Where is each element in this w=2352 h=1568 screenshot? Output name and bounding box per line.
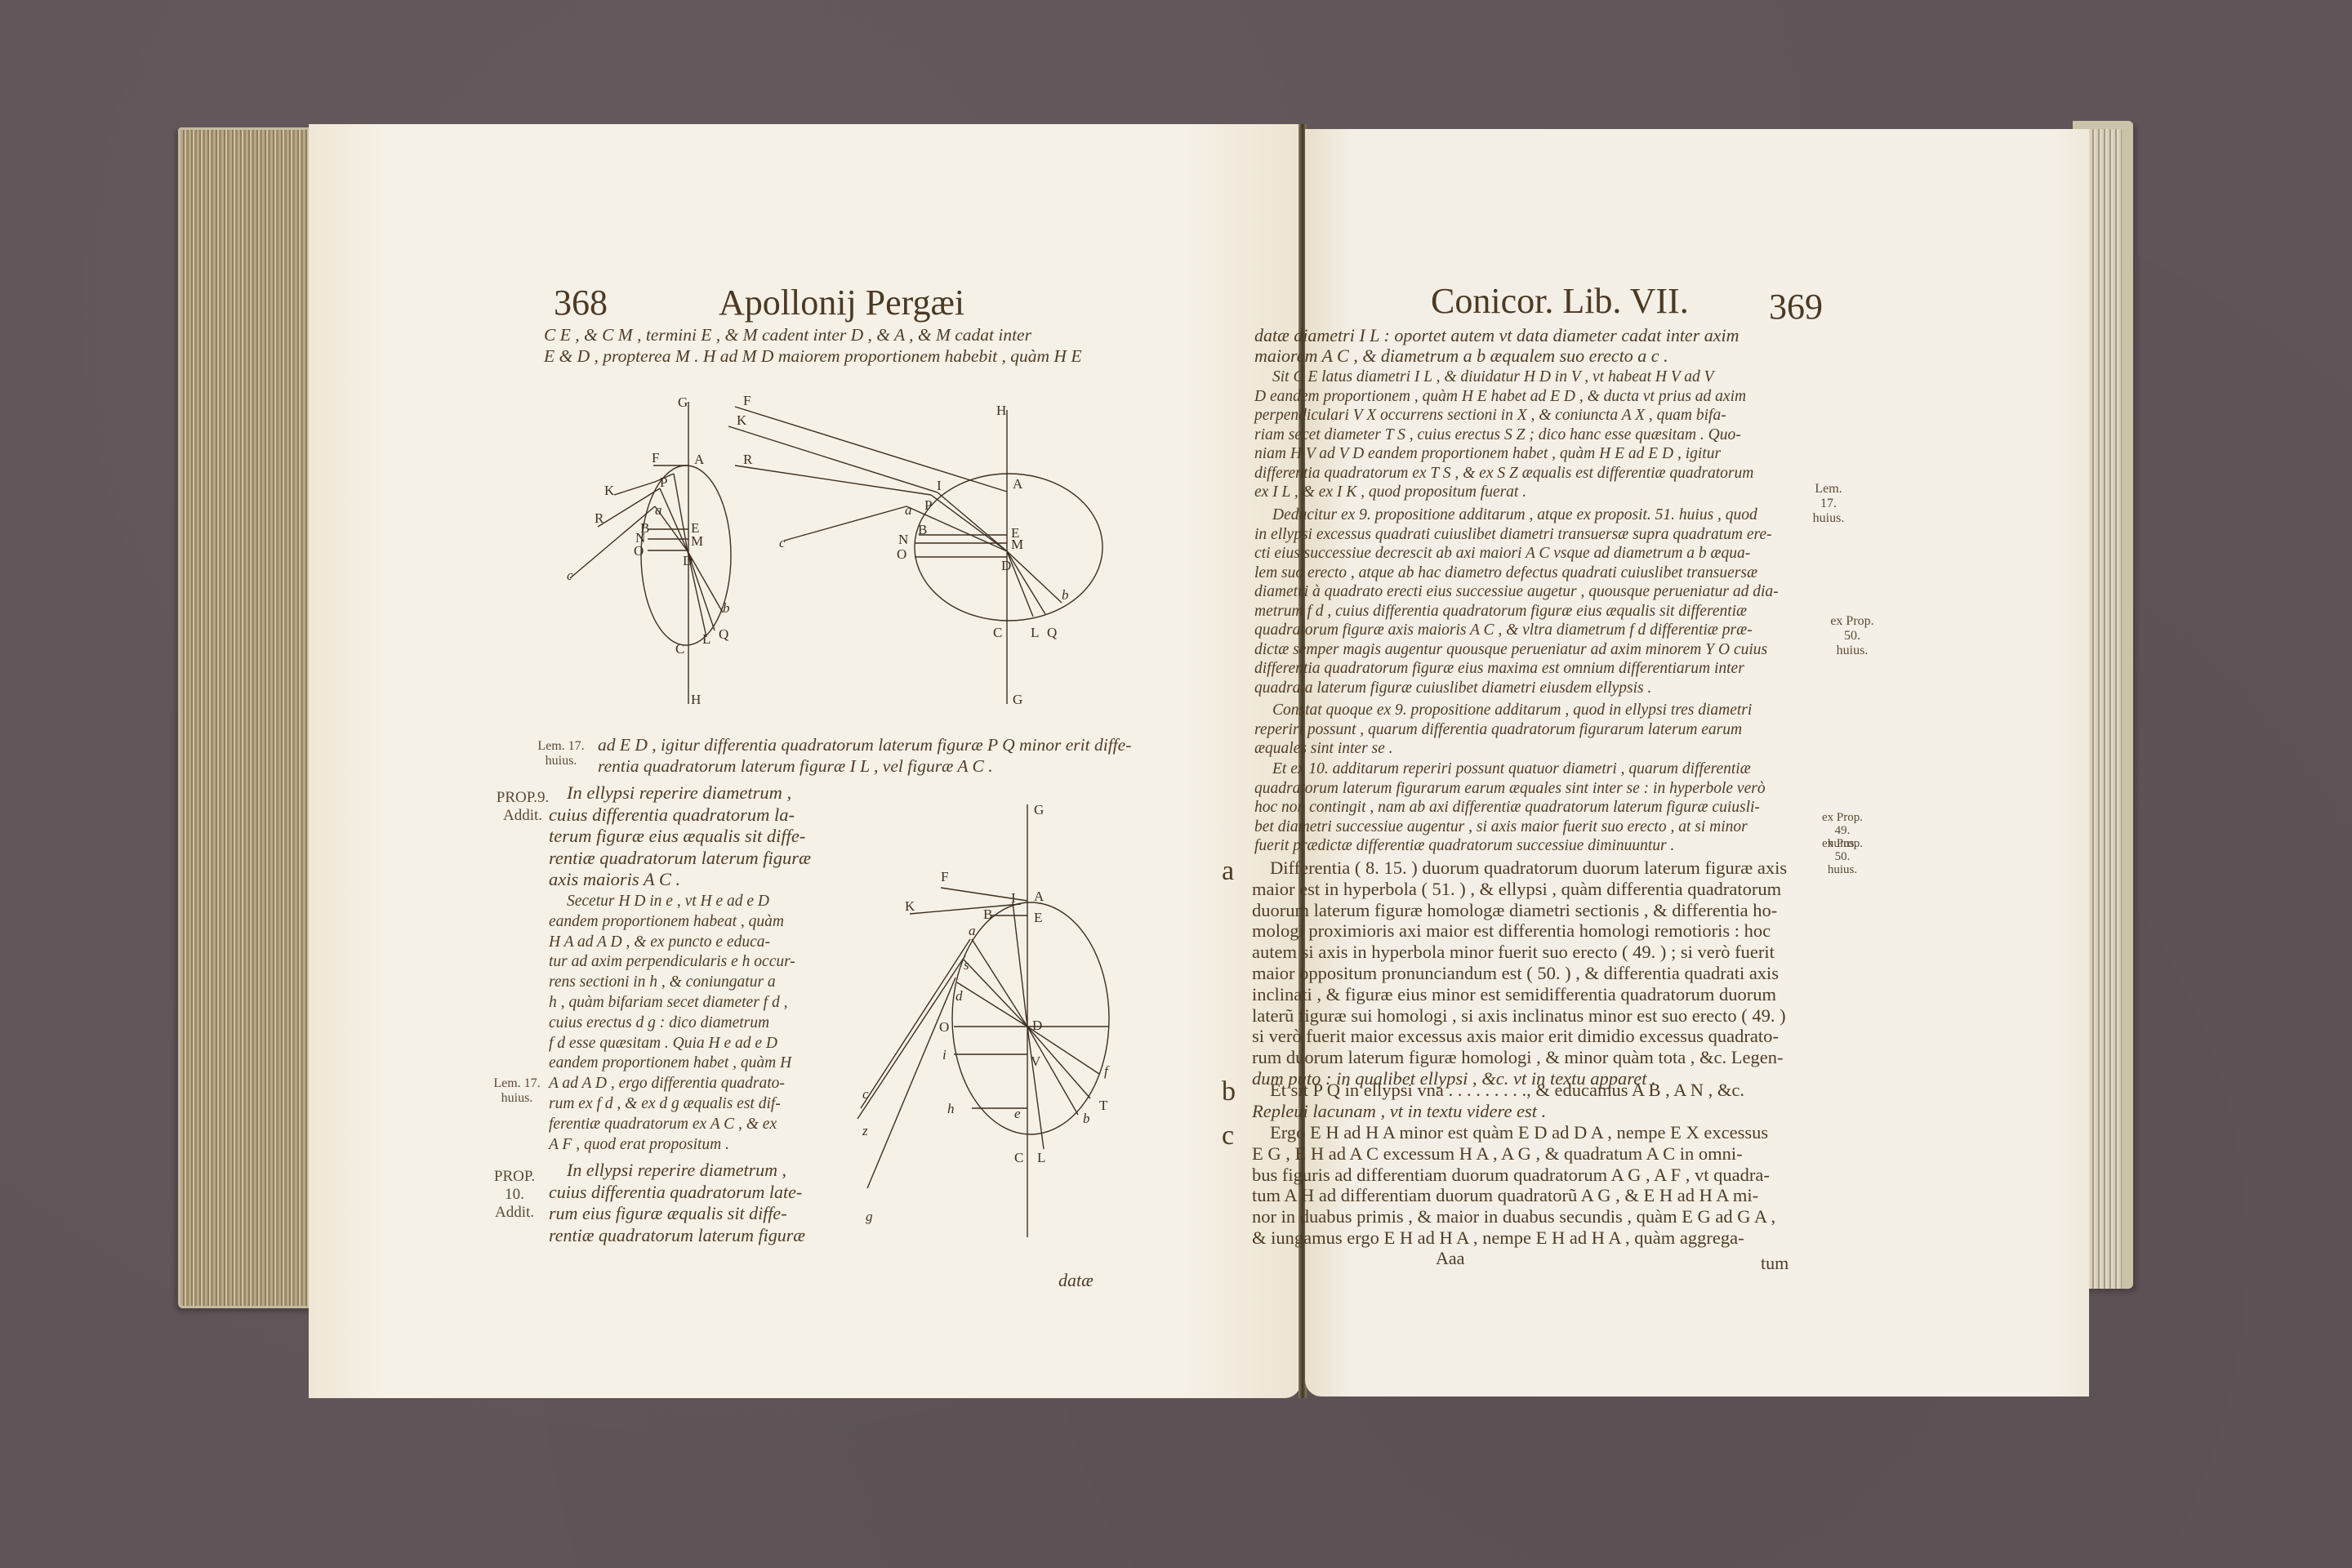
proposition-9: In ellypsi reperire diametrum , cuius di… bbox=[549, 782, 835, 891]
svg-text:H: H bbox=[996, 403, 1006, 418]
signature-mark: Aaa bbox=[1436, 1248, 1464, 1269]
text-line: eandem proportionem habeat , quàm bbox=[549, 912, 835, 933]
text-line: Et ex 10. additarum reperiri possunt qua… bbox=[1254, 759, 1826, 779]
margin-note-prop10: PROP. 10. Addit. bbox=[490, 1168, 539, 1222]
proposition-9-proof: Secetur H D in e , vt H e ad e D eandem … bbox=[549, 892, 835, 1155]
svg-text:a: a bbox=[969, 923, 976, 938]
margin-note-lem17-right: Lem. 17. huius. bbox=[1808, 482, 1849, 526]
svg-text:A: A bbox=[1034, 889, 1045, 904]
svg-text:s: s bbox=[964, 957, 969, 973]
left-after-figure-text: ad E D , igitur differentia quadratorum … bbox=[598, 735, 1161, 777]
svg-text:g: g bbox=[866, 1209, 873, 1224]
text-line: H A ad A D , & ex puncto e educa- bbox=[549, 933, 835, 953]
svg-text:L: L bbox=[1037, 1150, 1045, 1165]
text-line: Et sit P Q in ellypsi vna . . . . . . . … bbox=[1252, 1080, 1840, 1101]
text-line: cuius differentia quadratorum late- bbox=[549, 1182, 835, 1204]
margin-note-lem17: Lem. 17. huius. bbox=[529, 739, 593, 768]
note-letter-a: a bbox=[1222, 856, 1234, 887]
svg-text:E: E bbox=[1034, 910, 1042, 925]
svg-text:P: P bbox=[660, 474, 667, 490]
svg-text:Q: Q bbox=[1047, 625, 1057, 640]
right-page-number: 369 bbox=[1769, 286, 1823, 327]
text-line: Differentia ( 8. 15. ) duorum quadratoru… bbox=[1252, 857, 1840, 879]
text-line: reperiri possunt , quarum differentia qu… bbox=[1254, 720, 1826, 740]
right-paragraph-1: Sit C E latus diametri I L , & diuidatur… bbox=[1254, 367, 1826, 502]
text-line: Ergo E H ad H A minor est quàm E D ad D … bbox=[1252, 1122, 1840, 1143]
svg-text:z: z bbox=[862, 1123, 868, 1138]
right-paragraph-3: Constat quoque ex 9. propositione addita… bbox=[1254, 701, 1826, 759]
margin-note-prop50-b: ex Prop. 50. huius. bbox=[1821, 837, 1864, 876]
svg-text:Q: Q bbox=[719, 626, 728, 642]
svg-text:R: R bbox=[595, 510, 604, 526]
text-line: cuius erectus d g : dico diametrum bbox=[549, 1013, 835, 1034]
svg-text:c: c bbox=[567, 568, 573, 583]
note-c-text: Ergo E H ad H A minor est quàm E D ad D … bbox=[1252, 1122, 1840, 1249]
svg-text:T: T bbox=[1099, 1098, 1108, 1113]
svg-text:D: D bbox=[683, 553, 693, 568]
right-intro-text: datæ diametri I L : oportet autem vt dat… bbox=[1254, 325, 1826, 366]
text-line: rentiæ quadratorum laterum figuræ bbox=[549, 848, 835, 870]
ellipse-diagram-bottom: GFI AKB Eas dDO iVf chT ebz CLg bbox=[841, 796, 1168, 1237]
text-line: ferentiæ quadratorum ex A C , & ex bbox=[549, 1115, 835, 1135]
svg-text:L: L bbox=[1031, 625, 1039, 640]
text-line: si verò fuerit maior excessus axis maior… bbox=[1252, 1026, 1840, 1047]
text-line: ex I L , & ex I K , quod propositum fuer… bbox=[1254, 483, 1826, 502]
text-line: Sit C E latus diametri I L , & diuidatur… bbox=[1254, 367, 1826, 387]
text-line: A ad A D , ergo differentia quadrato- bbox=[549, 1074, 835, 1094]
text-line: in ellypsi excessus quadrati cuiuslibet … bbox=[1254, 525, 1826, 545]
svg-text:D: D bbox=[1001, 558, 1011, 573]
svg-text:b: b bbox=[1083, 1111, 1090, 1126]
svg-text:O: O bbox=[939, 1019, 949, 1035]
text-line: maior oppositum pronunciandum est ( 50. … bbox=[1252, 963, 1840, 984]
note-letter-b: b bbox=[1222, 1076, 1236, 1107]
right-running-head: Conicor. Lib. VII. bbox=[1431, 280, 1689, 322]
svg-text:a: a bbox=[905, 502, 912, 518]
svg-text:i: i bbox=[942, 1047, 947, 1062]
svg-text:F: F bbox=[743, 393, 751, 408]
text-line: æquales sint inter se . bbox=[1254, 739, 1826, 759]
svg-text:H: H bbox=[691, 692, 701, 707]
text-line: tur ad axim perpendicularis e h occur- bbox=[549, 952, 835, 973]
left-top-text: C E , & C M , termini E , & M cadent int… bbox=[544, 325, 1132, 367]
open-book bbox=[178, 121, 2236, 1526]
svg-text:O: O bbox=[634, 543, 644, 559]
text-line: bet diametri successiue augentur , si ax… bbox=[1254, 817, 1826, 837]
svg-text:A: A bbox=[694, 452, 705, 467]
text-line: duorum laterum figuræ homologæ diametri … bbox=[1252, 900, 1840, 921]
text-line: axis maioris A C . bbox=[549, 869, 835, 891]
text-line: maiorem A C , & diametrum a b æqualem su… bbox=[1254, 345, 1826, 366]
svg-text:R: R bbox=[743, 452, 753, 467]
left-running-head: Apollonij Pergæi bbox=[719, 282, 964, 323]
text-line: rens sectioni in h , & coniungatur a bbox=[549, 973, 835, 993]
note-a-text: Differentia ( 8. 15. ) duorum quadratoru… bbox=[1252, 857, 1840, 1089]
text-line: rentia quadratorum laterum figuræ I L , … bbox=[598, 756, 1161, 777]
margin-note-prop50: ex Prop. 50. huius. bbox=[1828, 614, 1877, 658]
svg-text:C: C bbox=[1014, 1150, 1023, 1165]
svg-text:B: B bbox=[918, 522, 927, 537]
proposition-10: In ellypsi reperire diametrum , cuius di… bbox=[549, 1160, 835, 1246]
text-line: rentiæ quadratorum laterum figuræ bbox=[549, 1225, 835, 1247]
text-line: differentia quadratorum figuræ eius maxi… bbox=[1254, 659, 1826, 679]
svg-text:I: I bbox=[1011, 890, 1016, 906]
margin-note-lem17-b: Lem. 17. huius. bbox=[488, 1076, 546, 1106]
text-line: quadratorum laterum figurarum earum æqua… bbox=[1254, 779, 1826, 799]
text-line: rum ex f d , & ex d g æqualis est dif- bbox=[549, 1094, 835, 1115]
svg-text:f: f bbox=[1104, 1063, 1110, 1079]
right-catchword: tum bbox=[1761, 1253, 1788, 1274]
note-b-text: Et sit P Q in ellypsi vna . . . . . . . … bbox=[1252, 1080, 1840, 1122]
left-page-block-edges bbox=[178, 127, 318, 1308]
text-line: In ellypsi reperire diametrum , bbox=[549, 1160, 835, 1182]
text-line: Deducitur ex 9. propositione additarum ,… bbox=[1254, 506, 1826, 525]
text-line: eandem proportionem habet , quàm H bbox=[549, 1053, 835, 1074]
svg-text:O: O bbox=[897, 546, 906, 562]
text-line: terum figuræ eius æqualis sit diffe- bbox=[549, 826, 835, 848]
svg-text:C: C bbox=[993, 625, 1002, 640]
svg-text:b: b bbox=[1062, 587, 1069, 603]
text-line: ad E D , igitur differentia quadratorum … bbox=[598, 735, 1161, 756]
text-line: tum A H ad differentiam duorum quadrator… bbox=[1252, 1185, 1840, 1206]
text-line: mologi proximioris axi maior est differe… bbox=[1252, 920, 1840, 942]
text-line: Constat quoque ex 9. propositione addita… bbox=[1254, 701, 1826, 720]
text-line: differentia quadratorum ex T S , & ex S … bbox=[1254, 464, 1826, 483]
svg-text:I: I bbox=[937, 478, 942, 493]
right-paragraph-4: Et ex 10. additarum reperiri possunt qua… bbox=[1254, 759, 1826, 856]
svg-text:d: d bbox=[955, 988, 963, 1004]
text-line: cuius differentia quadratorum la- bbox=[549, 804, 835, 826]
text-line: rum duorum laterum figuræ homologi , & m… bbox=[1252, 1047, 1840, 1068]
text-line: f d esse quæsitam . Quia H e ad e D bbox=[549, 1034, 835, 1054]
text-line: E G , E H ad A C excessum H A , A G , & … bbox=[1252, 1143, 1840, 1165]
text-line: fuerit prædictæ differentiæ quadratorum … bbox=[1254, 836, 1826, 856]
svg-text:c: c bbox=[862, 1086, 869, 1102]
svg-text:F: F bbox=[941, 869, 948, 884]
svg-text:G: G bbox=[1034, 802, 1044, 817]
text-line: Secetur H D in e , vt H e ad e D bbox=[549, 892, 835, 912]
svg-text:K: K bbox=[905, 898, 915, 914]
text-line: riam secet diameter T S , cuius erectus … bbox=[1254, 425, 1826, 445]
svg-text:h: h bbox=[947, 1101, 955, 1116]
text-line: rum eius figuræ æqualis sit diffe- bbox=[549, 1203, 835, 1225]
text-line: datæ diametri I L : oportet autem vt dat… bbox=[1254, 325, 1826, 345]
text-line: D eandem proportionem , quàm H E habet a… bbox=[1254, 387, 1826, 407]
text-line: maior est in hyperbola ( 51. ) , & ellyp… bbox=[1252, 879, 1840, 900]
text-line: Repleui lacunam , vt in textu videre est… bbox=[1252, 1101, 1840, 1122]
svg-text:P: P bbox=[924, 497, 932, 513]
text-line: & iungamus ergo E H ad H A , nempe E H a… bbox=[1252, 1227, 1840, 1249]
svg-text:B: B bbox=[983, 906, 992, 922]
ellipse-diagram-right: FKH RIA aPB ENM ODc bCL QG bbox=[817, 384, 1078, 727]
svg-text:e: e bbox=[1014, 1106, 1021, 1121]
text-line: C E , & C M , termini E , & M cadent int… bbox=[544, 325, 1132, 346]
text-line: quadrata laterum figuræ cuiuslibet diame… bbox=[1254, 679, 1826, 698]
svg-text:b: b bbox=[723, 600, 730, 616]
right-paragraph-2: Deducitur ex 9. propositione additarum ,… bbox=[1254, 506, 1826, 697]
text-line: lem suo erecto , atque ab hac diametro d… bbox=[1254, 563, 1826, 583]
text-line: diametri à quadrato erecti eius successi… bbox=[1254, 582, 1826, 602]
svg-text:F: F bbox=[652, 450, 659, 465]
svg-text:a: a bbox=[655, 502, 662, 518]
text-line: perpendiculari V X occurrens sectioni in… bbox=[1254, 406, 1826, 425]
margin-note-prop9: PROP.9. Addit. bbox=[490, 789, 555, 825]
svg-text:D: D bbox=[1032, 1018, 1042, 1033]
left-page-number: 368 bbox=[554, 282, 608, 323]
text-line: niam H V ad V D eandem proportionem habe… bbox=[1254, 444, 1826, 464]
text-line: dictæ semper magis augentur quousque per… bbox=[1254, 640, 1826, 660]
svg-text:K: K bbox=[604, 483, 615, 498]
text-line: inclinati , & figuræ eius minor est semi… bbox=[1252, 984, 1840, 1005]
text-line: A F , quod erat propositum . bbox=[549, 1135, 835, 1156]
svg-text:M: M bbox=[691, 533, 703, 549]
text-line: In ellypsi reperire diametrum , bbox=[549, 782, 835, 804]
left-catchword: datæ bbox=[1058, 1270, 1094, 1291]
text-line: metrum f d , cuius differentia quadrator… bbox=[1254, 602, 1826, 621]
svg-text:A: A bbox=[1013, 476, 1023, 492]
svg-text:G: G bbox=[1013, 692, 1022, 707]
text-line: nor in duabus primis , & maior in duabus… bbox=[1252, 1206, 1840, 1227]
text-line: laterũ figuræ sui homologi , si axis inc… bbox=[1252, 1005, 1840, 1027]
text-line: hoc non contingit , nam ab axi different… bbox=[1254, 798, 1826, 817]
text-line: autem si axis in hyperbola minor fuerit … bbox=[1252, 942, 1840, 963]
svg-text:M: M bbox=[1011, 537, 1023, 552]
svg-text:N: N bbox=[898, 532, 908, 547]
text-line: h , quàm bifariam secet diameter f d , bbox=[549, 993, 835, 1013]
svg-text:C: C bbox=[675, 641, 684, 657]
text-line: quadratorum figuræ axis maioris A C , & … bbox=[1254, 621, 1826, 640]
svg-text:G: G bbox=[678, 394, 688, 410]
note-letter-c: c bbox=[1222, 1120, 1234, 1151]
text-line: E & D , propterea M . H ad M D maiorem p… bbox=[544, 346, 1132, 367]
svg-text:K: K bbox=[737, 412, 747, 428]
svg-text:L: L bbox=[702, 631, 710, 647]
text-line: bus figuris ad differentiam duorum quadr… bbox=[1252, 1165, 1840, 1186]
svg-text:V: V bbox=[1031, 1053, 1041, 1069]
svg-text:c: c bbox=[779, 535, 786, 550]
text-line: cti eius successiue decrescit ab axi mai… bbox=[1254, 544, 1826, 563]
